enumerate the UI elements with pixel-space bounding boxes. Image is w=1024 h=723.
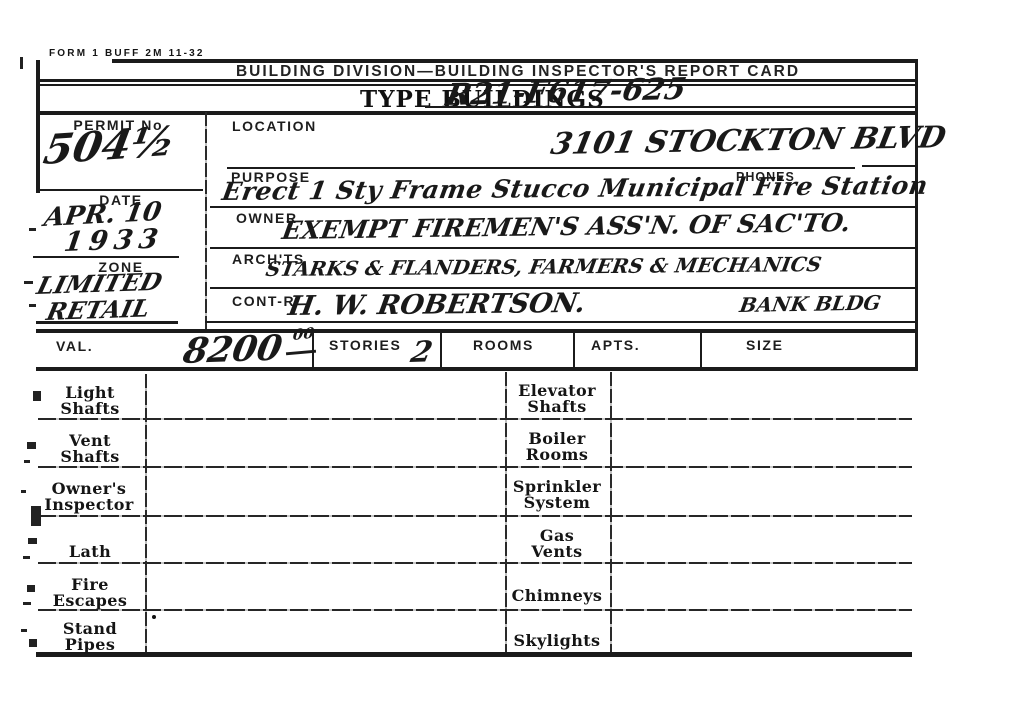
scan-mark	[20, 57, 23, 69]
valuation-label: VAL.	[56, 338, 93, 354]
table-row-rule-3	[38, 515, 912, 517]
scan-mark	[28, 538, 37, 544]
scan-mark	[29, 639, 37, 647]
table-row-rule-4	[38, 562, 912, 564]
purpose-value: Erect 1 Sty Frame Stucco Municipal Fire …	[220, 171, 930, 206]
scan-mark	[27, 585, 35, 592]
divider-val-1	[312, 333, 314, 367]
rule-owner	[210, 247, 918, 249]
scan-mark	[31, 506, 41, 526]
border-right	[915, 60, 918, 370]
stories-value: 2	[408, 334, 436, 369]
divider-table-left-labels	[145, 374, 147, 654]
scan-mark	[29, 228, 36, 231]
row-label-sprinkler-system: Sprinkler System	[506, 479, 608, 510]
rule-date-zone	[33, 256, 179, 258]
date-year: 1933	[62, 224, 166, 258]
row-label-owners-inspector: Owner's Inspector	[30, 481, 148, 512]
rule-type-underline	[425, 106, 915, 108]
scan-mark	[27, 442, 36, 449]
scan-mark	[21, 629, 27, 632]
table-row-rule-5	[38, 609, 912, 611]
divider-val-4	[700, 333, 702, 367]
location-value: 3101 STOCKTON BLVD	[548, 120, 949, 162]
divider-val-2	[440, 333, 442, 367]
scan-mark	[24, 281, 33, 284]
rule-contractor	[205, 321, 918, 323]
owner-value: EXEMPT FIREMEN'S ASS'N. OF SAC'TO.	[280, 208, 853, 245]
rule-val-top	[36, 329, 918, 333]
rule-permit-date	[38, 189, 203, 191]
row-label-vent-shafts: Vent Shafts	[34, 433, 146, 464]
contractor-name: H. W. ROBERTSON.	[286, 288, 588, 322]
row-label-chimneys: Chimneys	[506, 588, 608, 604]
rooms-label: ROOMS	[473, 337, 534, 353]
row-label-elevator-shafts: Elevator Shafts	[506, 383, 608, 414]
row-label-boiler-rooms: Boiler Rooms	[506, 431, 608, 462]
rule-location-2	[862, 165, 918, 167]
scan-mark	[23, 602, 31, 605]
contractor-address: BANK BLDG	[738, 291, 883, 317]
divider-table-right-labels	[610, 372, 612, 654]
report-card: FORM 1 BUFF 2M 11-32 BUILDING DIVISION—B…	[0, 0, 1024, 723]
contractor-label: CONT-R	[232, 293, 295, 309]
row-label-stand-pipes: Stand Pipes	[34, 621, 146, 652]
row-label-fire-escapes: Fire Escapes	[34, 577, 146, 608]
divider-permit-column	[205, 112, 207, 330]
rule-location-1	[227, 167, 855, 169]
rule-val-bottom	[36, 367, 918, 371]
rule-table-bottom	[36, 652, 912, 657]
scan-mark	[21, 490, 26, 493]
row-label-skylights: Skylights	[506, 633, 608, 649]
row-label-lath: Lath	[34, 544, 146, 560]
divider-table-mid	[505, 372, 507, 654]
stories-label: STORIES	[329, 337, 401, 353]
scan-mark	[29, 304, 36, 307]
ink-dot	[152, 615, 156, 619]
table-row-rule-2	[38, 466, 912, 468]
scan-mark	[24, 460, 30, 463]
valuation-amount: 8200	[180, 328, 285, 372]
permit-value: 504½	[40, 117, 179, 174]
scan-mark	[33, 391, 41, 401]
form-number: FORM 1 BUFF 2M 11-32	[49, 48, 205, 59]
table-row-rule-1	[38, 418, 912, 420]
apts-label: APTS.	[591, 337, 640, 353]
rule-section-top	[36, 111, 918, 115]
scan-mark	[23, 556, 30, 559]
divider-val-3	[573, 333, 575, 367]
row-label-light-shafts: Light Shafts	[34, 385, 146, 416]
rule-zone-underline	[36, 321, 178, 324]
size-label: SIZE	[746, 337, 784, 353]
architects-value: STARKS & FLANDERS, FARMERS & MECHANICS	[264, 252, 823, 281]
location-label: LOCATION	[232, 118, 317, 134]
row-label-gas-vents: Gas Vents	[506, 528, 608, 559]
